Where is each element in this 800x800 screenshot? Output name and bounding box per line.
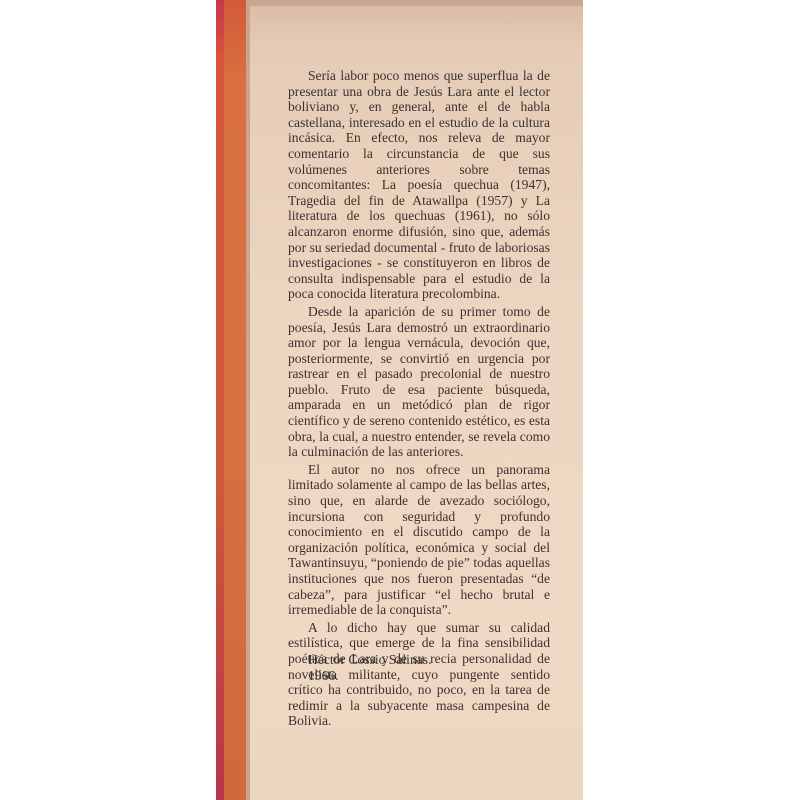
- signature-year: 1966.: [308, 668, 431, 684]
- flap-text: Sería labor poco menos que superflua la …: [288, 68, 550, 729]
- cover-edge-red: [216, 0, 224, 800]
- signature-block: Héctor Cossio Salinas. 1966.: [308, 652, 431, 683]
- paragraph-1: Sería labor poco menos que superflua la …: [288, 68, 550, 302]
- signature-author: Héctor Cossio Salinas.: [308, 652, 431, 668]
- cover-edge-orange: [224, 0, 246, 800]
- page-top-edge: [250, 0, 583, 6]
- paragraph-2: Desde la aparición de su primer tomo de …: [288, 304, 550, 460]
- paragraph-3: El autor no nos ofrece un panorama limit…: [288, 462, 550, 618]
- flap-page: Sería labor poco menos que superflua la …: [250, 0, 583, 800]
- book-flap-scan: Sería labor poco menos que superflua la …: [216, 0, 583, 800]
